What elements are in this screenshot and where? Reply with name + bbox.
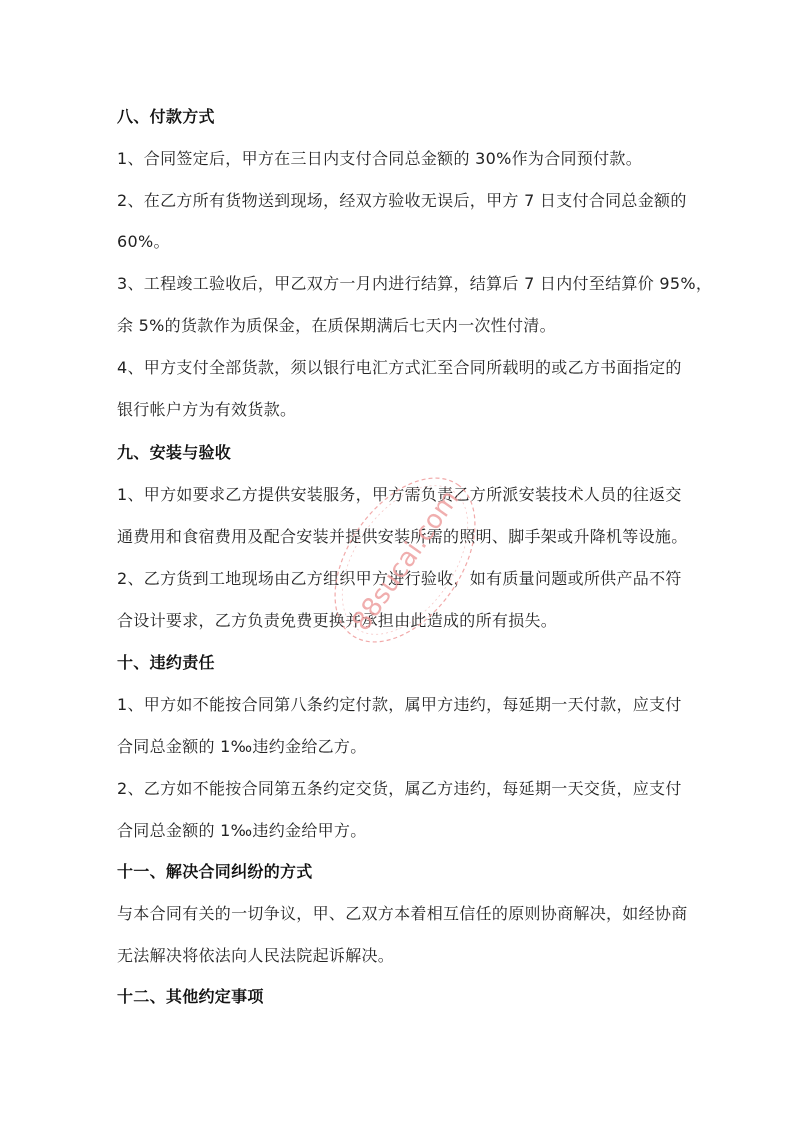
liability-line-3: 2、乙方如不能按合同第五条约定交货，属乙方违约，每延期一天交货，应支付 bbox=[117, 779, 682, 799]
section-heading-installation: 九、安装与验收 bbox=[117, 443, 231, 463]
liability-line-4: 合同总金额的 1‰违约金给甲方。 bbox=[117, 821, 367, 841]
section-heading-payment: 八、付款方式 bbox=[117, 107, 215, 127]
payment-line-6: 4、甲方支付全部货款，须以银行电汇方式汇至合同所载明的或乙方书面指定的 bbox=[117, 358, 682, 378]
liability-line-1: 1、甲方如不能按合同第八条约定付款，属甲方违约，每延期一天付款，应支付 bbox=[117, 695, 682, 715]
payment-line-2: 2、在乙方所有货物送到现场，经双方验收无误后，甲方 7 日支付合同总金额的 bbox=[117, 191, 687, 211]
section-heading-disputes: 十一、解决合同纠纷的方式 bbox=[117, 862, 313, 882]
installation-line-3: 2、乙方货到工地现场由乙方组织甲方进行验收，如有质量问题或所供产品不符 bbox=[117, 569, 682, 589]
document-page: 八、付款方式 1、合同签定后，甲方在三日内支付合同总金额的 30%作为合同预付款… bbox=[0, 0, 800, 1132]
disputes-line-1: 与本合同有关的一切争议，甲、乙双方本着相互信任的原则协商解决，如经协商 bbox=[117, 904, 688, 924]
installation-line-1: 1、甲方如要求乙方提供安装服务，甲方需负责乙方所派安装技术人员的往返交 bbox=[117, 485, 682, 505]
payment-line-5: 余 5%的货款作为质保金，在质保期满后七天内一次性付清。 bbox=[117, 316, 556, 336]
payment-line-1: 1、合同签定后，甲方在三日内支付合同总金额的 30%作为合同预付款。 bbox=[117, 149, 642, 169]
installation-line-2: 通费用和食宿费用及配合安装并提供安装所需的照明、脚手架或升降机等设施。 bbox=[117, 527, 688, 547]
payment-line-4: 3、工程竣工验收后，甲乙双方一月内进行结算，结算后 7 日内付至结算价 95%， bbox=[117, 274, 712, 294]
section-heading-liability: 十、违约责任 bbox=[117, 653, 215, 673]
installation-line-4: 合设计要求，乙方负责免费更换并承担由此造成的所有损失。 bbox=[117, 611, 557, 631]
payment-line-3: 60%。 bbox=[117, 232, 170, 252]
disputes-line-2: 无法解决将依法向人民法院起诉解决。 bbox=[117, 946, 394, 966]
liability-line-2: 合同总金额的 1‰违约金给乙方。 bbox=[117, 737, 367, 757]
payment-line-7: 银行帐户方为有效货款。 bbox=[117, 400, 296, 420]
section-heading-other-terms: 十二、其他约定事项 bbox=[117, 987, 264, 1007]
